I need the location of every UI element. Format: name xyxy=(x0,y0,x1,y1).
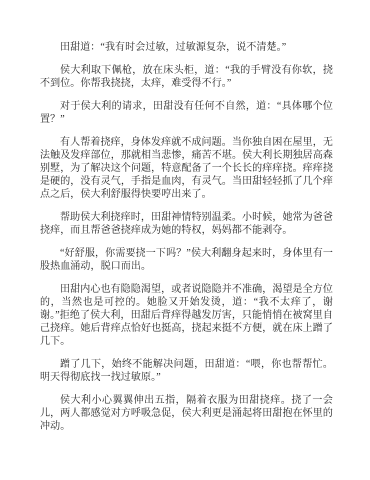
paragraph: 侯大利小心翼翼伸出五指，隔着衣服为田甜挠痒。挠了一会儿，两人都感觉对方呼吸急促，… xyxy=(40,394,333,433)
paragraph: “好舒服，你需要挠一下吗？”侯大利翻身起来时，身体里有一股热血涌动，脱口而出。 xyxy=(40,247,333,273)
paragraph: 侯大利取下佩枪，放在床头柜，道：“我的手臂没有你软，挠不到位。你帮我挠挠，太痒，… xyxy=(40,64,333,90)
reader-page[interactable]: 田甜道：“我有时会过敏，过敏源复杂，说不清楚。” 侯大利取下佩枪，放在床头柜，道… xyxy=(0,0,370,480)
paragraph: 蹭了几下，始终不能解决问题，田甜道：“喂，你也帮帮忙。明天得彻底找一找过敏原。” xyxy=(40,358,333,384)
paragraph: 田甜道：“我有时会过敏，过敏源复杂，说不清楚。” xyxy=(40,41,333,54)
paragraph: 田甜内心也有隐隐渴望，或者说隐隐并不准确，渴望是全方位的，当然也是可控的。她脸又… xyxy=(40,283,333,348)
paragraph: 帮助侯大利挠痒时，田甜神情特别温柔。小时候，她常为爸爸挠痒，而且帮爸爸挠痒成为她… xyxy=(40,211,333,237)
paragraph: 对于侯大利的请求，田甜没有任何不自然，道：“具体哪个位置？” xyxy=(40,100,333,126)
paragraph: 有人帮着挠痒，身体发痒就不成问题。当你独自困在屋里，无法触及发痒部位，那就相当悲… xyxy=(40,136,333,201)
